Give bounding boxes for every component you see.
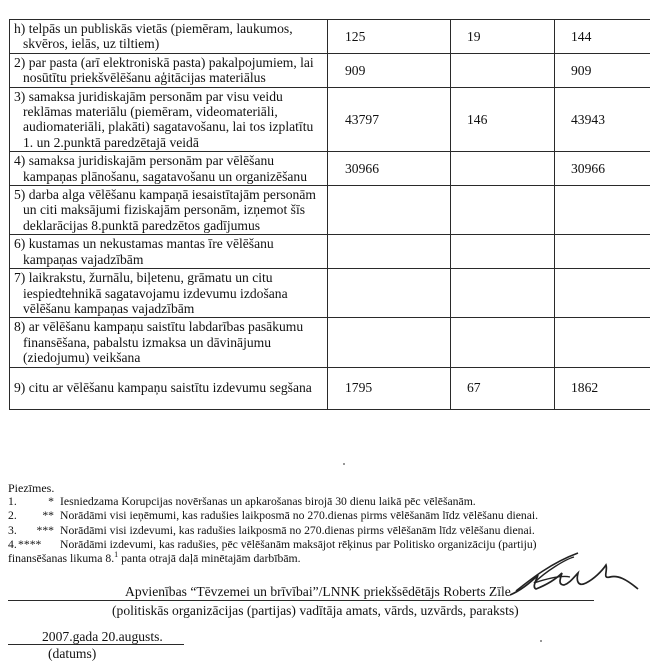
scan-speck <box>540 640 542 642</box>
note-number: 1. <box>8 495 22 509</box>
note-marker: * <box>22 495 54 509</box>
table-row: 2) par pasta (arī elektroniskā pasta) pa… <box>10 53 650 87</box>
row-description: 7) laikrakstu, žurnālu, biļetenu, grāmat… <box>10 269 328 318</box>
row-description: 4) samaksa juridiskajām personām par vēl… <box>10 152 328 186</box>
note-number: 3. <box>8 524 22 538</box>
table-row: 8) ar vēlēšanu kampaņu saistītu labdarīb… <box>10 318 650 367</box>
row-description: 8) ar vēlēšanu kampaņu saistītu labdarīb… <box>10 318 328 367</box>
date-line: 2007.gada 20.augusts. <box>8 629 184 645</box>
amount-cell-col2: 146 <box>451 87 555 152</box>
amount-cell-col1: 1795 <box>328 367 451 409</box>
amount-cell-col2: 67 <box>451 367 555 409</box>
row-description: 2) par pasta (arī elektroniskā pasta) pa… <box>10 53 328 87</box>
table-row: 7) laikrakstu, žurnālu, biļetenu, grāmat… <box>10 269 650 318</box>
amount-cell-col2 <box>451 318 555 367</box>
amount-cell-col3 <box>555 235 650 269</box>
date-caption: (datums) <box>48 646 96 662</box>
note-item: 2.**Norādāmi visi ieņēmumi, kas radušies… <box>8 509 648 523</box>
amount-cell-col3: 30966 <box>555 152 650 186</box>
amount-cell-col2 <box>451 269 555 318</box>
table-row: 9) citu ar vēlēšanu kampaņu saistītu izd… <box>10 367 650 409</box>
amount-cell-col2 <box>451 235 555 269</box>
amount-cell-col1 <box>328 269 451 318</box>
row-description: 9) citu ar vēlēšanu kampaņu saistītu izd… <box>10 367 328 409</box>
note-number: 4. <box>8 538 18 552</box>
note-number: 2. <box>8 509 22 523</box>
note-continuation-text: finansēšanas likuma 8. <box>8 552 114 565</box>
signer-caption: (politiskās organizācijas (partijas) vad… <box>112 603 519 619</box>
notes-title: Piezīmes. <box>8 481 648 495</box>
amount-cell-col3: 144 <box>555 20 650 54</box>
amount-cell-col1: 43797 <box>328 87 451 152</box>
amount-cell-col1 <box>328 186 451 235</box>
note-item: 1.*Iesniedzama Korupcijas novēršanas un … <box>8 495 648 509</box>
row-description: 5) darba alga vēlēšanu kampaņā iesaistīt… <box>10 186 328 235</box>
row-description: h) telpās un publiskās vietās (piemēram,… <box>10 20 328 54</box>
signer-text: Apvienības “Tēvzemei un brīvībai”/LNNK p… <box>125 584 511 600</box>
note-continuation-text-end: panta otrajā daļā minētajām darbībām. <box>118 552 300 565</box>
amount-cell-col1: 909 <box>328 53 451 87</box>
table-row: 3) samaksa juridiskajām personām par vis… <box>10 87 650 152</box>
scan-speck <box>343 463 345 465</box>
amount-cell-col2 <box>451 186 555 235</box>
row-description: 3) samaksa juridiskajām personām par vis… <box>10 87 328 152</box>
note-marker: ** <box>22 509 54 523</box>
amount-cell-col1 <box>328 235 451 269</box>
amount-cell-col3 <box>555 318 650 367</box>
note-marker: **** <box>18 538 48 552</box>
amount-cell-col3 <box>555 269 650 318</box>
note-text: Norādāmi visi ieņēmumi, kas radušies lai… <box>60 509 538 522</box>
amount-cell-col3: 1862 <box>555 367 650 409</box>
note-text: Iesniedzama Korupcijas novēršanas un apk… <box>60 495 476 508</box>
table-row: 5) darba alga vēlēšanu kampaņā iesaistīt… <box>10 186 650 235</box>
amount-cell-col3 <box>555 186 650 235</box>
note-item: 3.***Norādāmi visi izdevumi, kas radušie… <box>8 524 648 538</box>
amount-cell-col2 <box>451 53 555 87</box>
amount-cell-col1: 125 <box>328 20 451 54</box>
amount-cell-col2 <box>451 152 555 186</box>
amount-cell-col3: 43943 <box>555 87 650 152</box>
handwritten-signature-icon <box>506 549 646 607</box>
amount-cell-col1 <box>328 318 451 367</box>
table-row: 6) kustamas un nekustamas mantas īre vēl… <box>10 235 650 269</box>
amount-cell-col3: 909 <box>555 53 650 87</box>
note-marker: *** <box>22 524 54 538</box>
table-row: h) telpās un publiskās vietās (piemēram,… <box>10 20 650 54</box>
expenses-table: h) telpās un publiskās vietās (piemēram,… <box>9 19 650 410</box>
date-value: 2007.gada 20.augusts. <box>42 629 163 644</box>
amount-cell-col2: 19 <box>451 20 555 54</box>
amount-cell-col1: 30966 <box>328 152 451 186</box>
row-description: 6) kustamas un nekustamas mantas īre vēl… <box>10 235 328 269</box>
note-text: Norādāmi visi izdevumi, kas radušies lai… <box>60 524 535 537</box>
table-row: 4) samaksa juridiskajām personām par vēl… <box>10 152 650 186</box>
note-text: Norādāmi izdevumi, kas radušies, pēc vēl… <box>60 538 537 551</box>
